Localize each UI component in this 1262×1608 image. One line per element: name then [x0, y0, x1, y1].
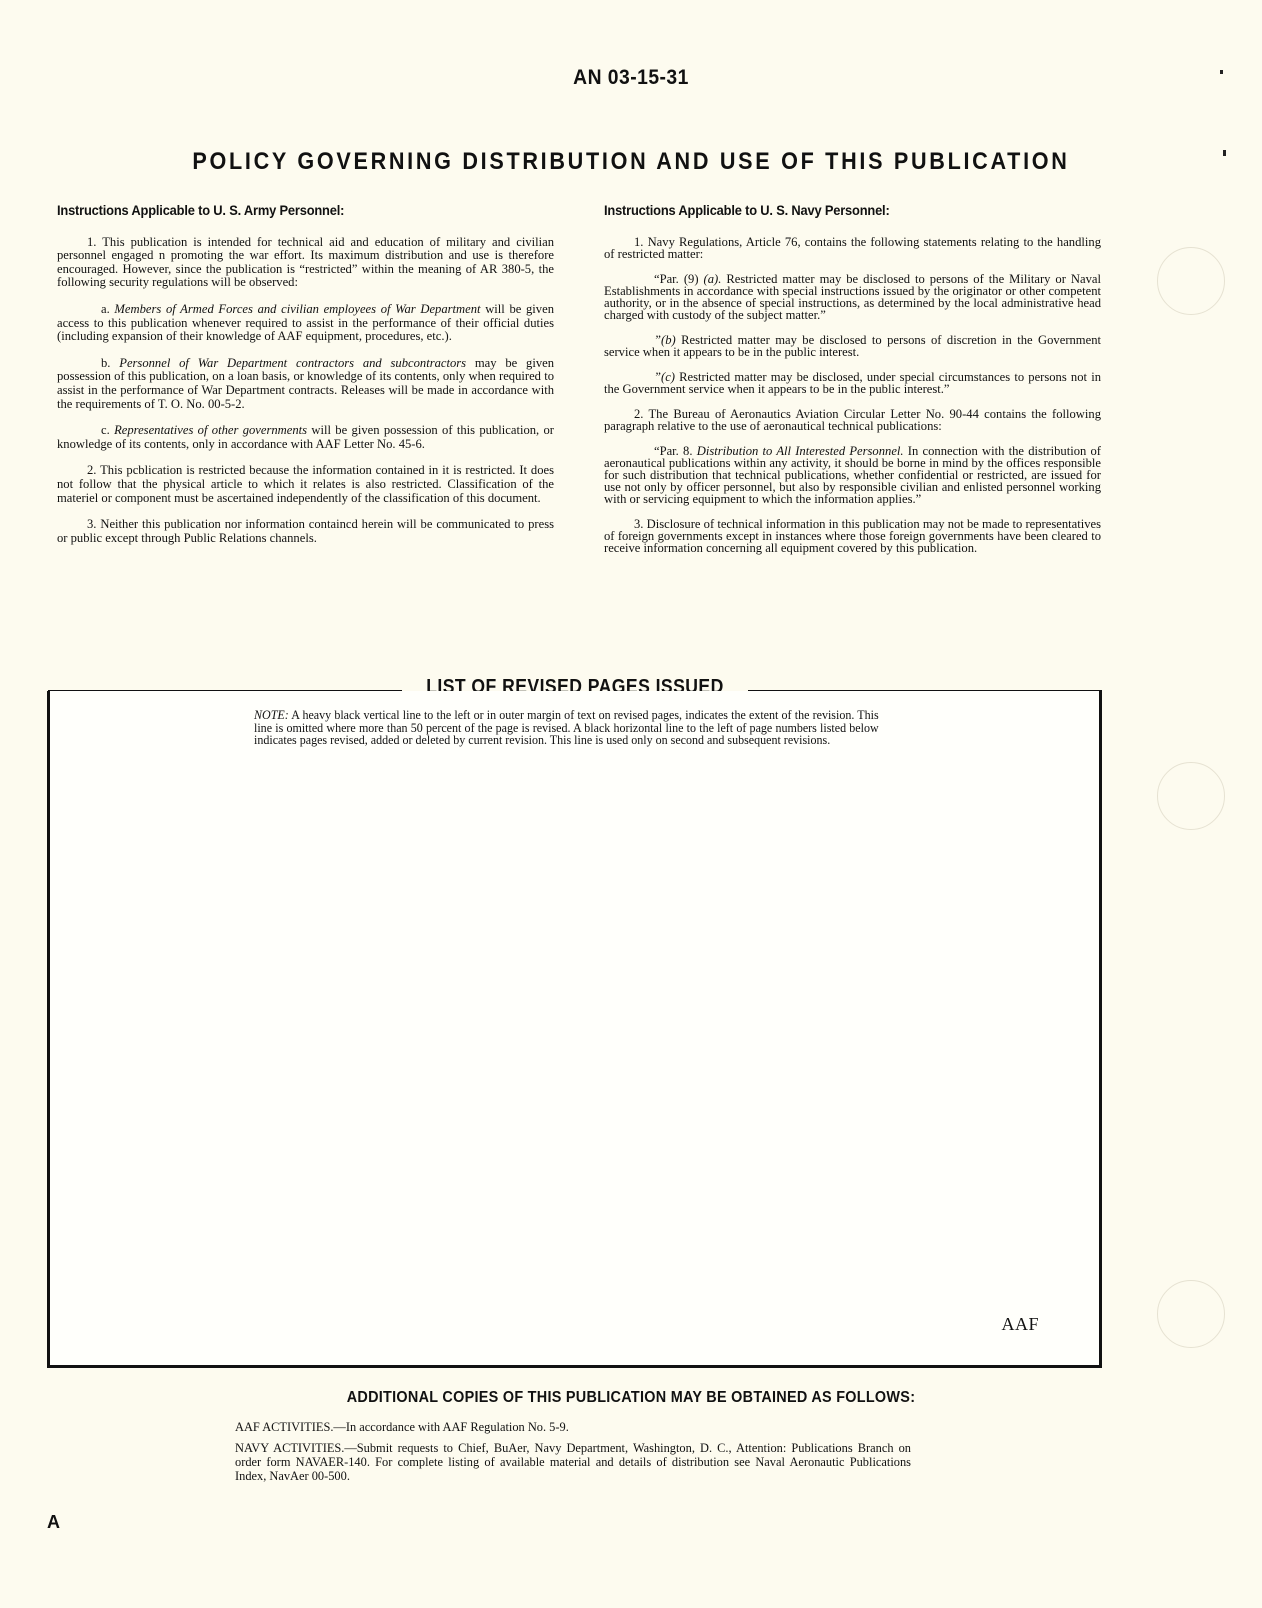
navy-paragraph-1: 1. Navy Regulations, Article 76, contain… — [604, 236, 1101, 260]
document-page: AN 03-15-31 POLICY GOVERNING DISTRIBUTIO… — [0, 0, 1262, 1608]
item-lead: a. — [101, 302, 114, 316]
navy-quote-9a: “Par. (9) (a). Restricted matter may be … — [604, 273, 1101, 321]
page-letter: A — [47, 1512, 60, 1533]
navy-instructions-column: Instructions Applicable to U. S. Navy Pe… — [604, 204, 1101, 567]
navy-instructions-heading: Instructions Applicable to U. S. Navy Pe… — [604, 204, 1061, 218]
navy-paragraph-2: 2. The Bureau of Aeronautics Aviation Ci… — [604, 408, 1101, 432]
item-lead: c. — [101, 423, 114, 437]
document-number: AN 03-15-31 — [50, 66, 1211, 90]
note-text: A heavy black vertical line to the left … — [254, 708, 879, 747]
army-paragraph-1a: a. Members of Armed Forces and civilian … — [57, 303, 554, 344]
edge-speck — [1223, 150, 1226, 156]
revised-pages-box: NOTE: A heavy black vertical line to the… — [47, 691, 1102, 1368]
page-title: POLICY GOVERNING DISTRIBUTION AND USE OF… — [63, 148, 1199, 176]
punch-hole-mark — [1157, 762, 1225, 830]
quote-text: Restricted matter may be disclosed to pe… — [604, 333, 1101, 359]
additional-copies-heading: ADDITIONAL COPIES OF THIS PUBLICATION MA… — [44, 1389, 1218, 1407]
army-paragraph-2: 2. This pcblication is restricted becaus… — [57, 464, 554, 505]
army-paragraph-1b: b. Personnel of War Department contracto… — [57, 357, 554, 411]
edge-speck — [1220, 70, 1223, 74]
navy-quote-par8: “Par. 8. Distribution to All Interested … — [604, 445, 1101, 505]
revision-note: NOTE: A heavy black vertical line to the… — [254, 709, 879, 747]
additional-copies-body: AAF ACTIVITIES.—In accordance with AAF R… — [235, 1420, 911, 1490]
aaf-mark: AAF — [1001, 1314, 1039, 1335]
navy-quote-9b: ”(b) Restricted matter may be disclosed … — [604, 334, 1101, 358]
aaf-activities-text: AAF ACTIVITIES.—In accordance with AAF R… — [235, 1420, 911, 1434]
item-emphasis: Representatives of other governments — [114, 423, 307, 437]
navy-activities-text: NAVY ACTIVITIES.—Submit requests to Chie… — [235, 1441, 911, 1483]
item-emphasis: Members of Armed Forces and civilian emp… — [114, 302, 480, 316]
punch-hole-mark — [1157, 1280, 1225, 1348]
navy-paragraph-3: 3. Disclosure of technical information i… — [604, 518, 1101, 554]
army-paragraph-1c: c. Representatives of other governments … — [57, 424, 554, 451]
army-paragraph-1: 1. This publication is intended for tech… — [57, 236, 554, 290]
item-emphasis: Personnel of War Department contractors … — [119, 356, 466, 370]
navy-quote-9c: ”(c) Restricted matter may be disclosed,… — [604, 371, 1101, 395]
quote-text: Restricted matter may be disclosed, unde… — [604, 370, 1101, 396]
army-instructions-column: Instructions Applicable to U. S. Army Pe… — [57, 204, 554, 558]
punch-hole-mark — [1157, 247, 1225, 315]
army-paragraph-3: 3. Neither this publication nor informat… — [57, 518, 554, 545]
army-instructions-heading: Instructions Applicable to U. S. Army Pe… — [57, 204, 514, 218]
item-lead: b. — [101, 356, 119, 370]
